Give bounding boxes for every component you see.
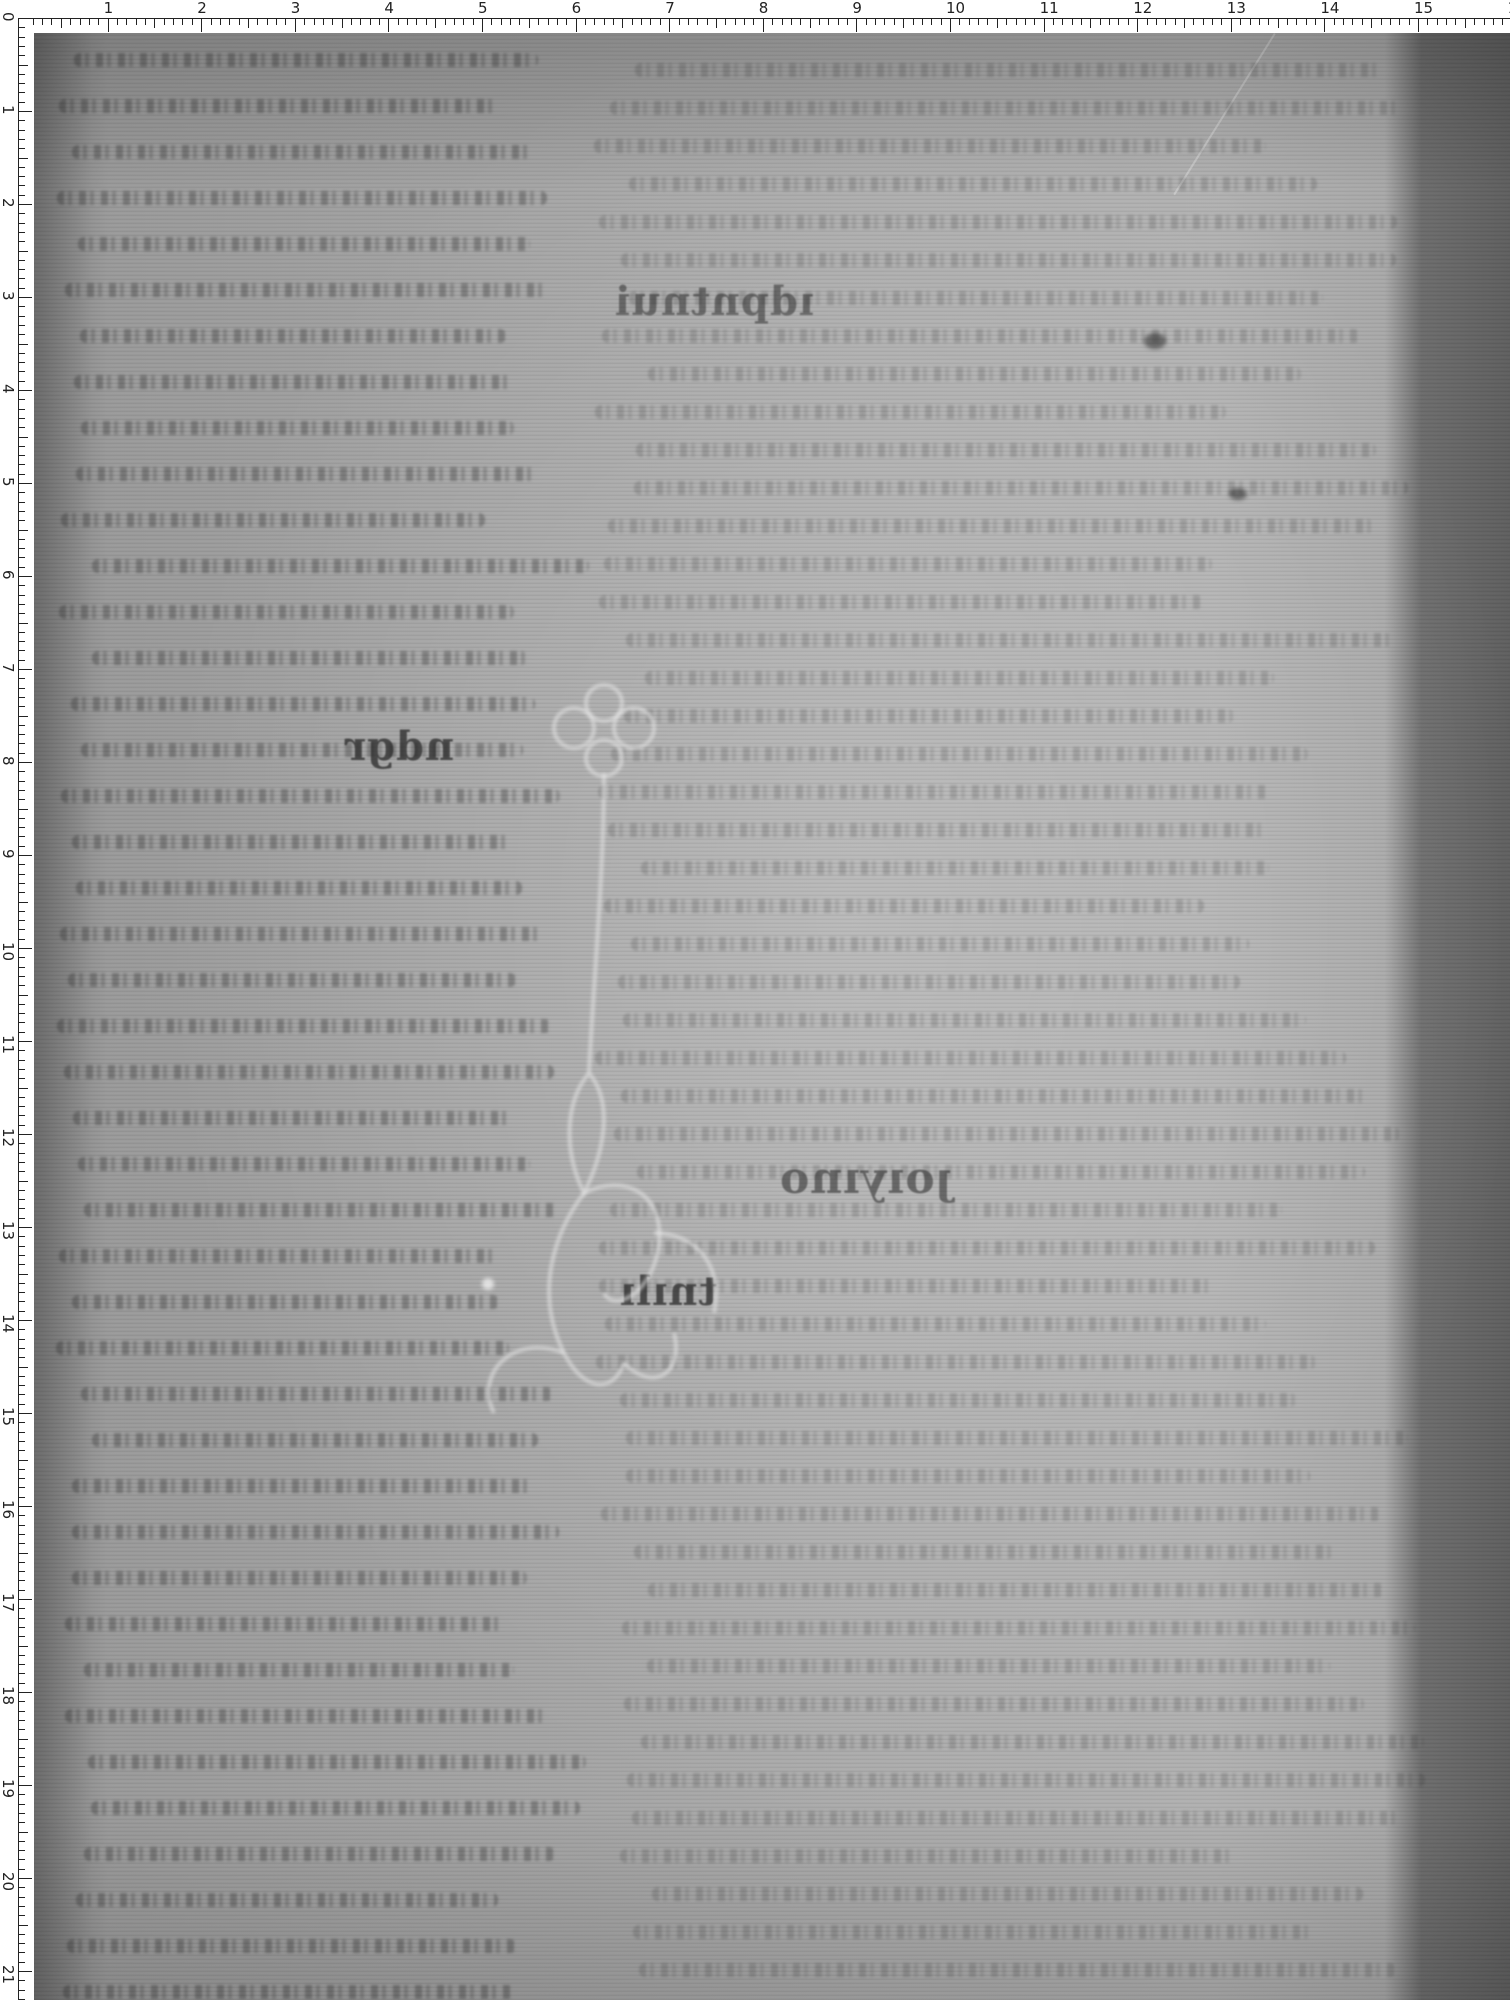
manuscript-page: ndgr ıdpntnui tnılı ȷoıyıno xyxy=(34,33,1510,2000)
ruler-tick xyxy=(566,18,567,25)
ruler-tick xyxy=(18,1748,25,1749)
ruler-tick xyxy=(18,1385,25,1386)
ruler-tick xyxy=(1006,18,1007,25)
ruler-tick xyxy=(18,660,25,661)
ruler-tick xyxy=(1381,18,1382,25)
ruler-tick xyxy=(18,1422,25,1423)
ruler-tick xyxy=(18,167,25,168)
ruler-tick xyxy=(426,18,427,25)
ruler-tick xyxy=(220,18,221,25)
ruler-tick xyxy=(884,18,885,25)
script-line xyxy=(595,405,1226,419)
ruler-tick xyxy=(18,1460,28,1461)
ruler-top-label: 2 xyxy=(197,1,207,16)
script-line xyxy=(72,835,511,849)
ruler-tick xyxy=(18,1720,25,1721)
ruler-top-label: 3 xyxy=(291,1,301,16)
ruler-tick xyxy=(931,18,932,25)
ruler-tick xyxy=(108,18,109,32)
ruler-tick xyxy=(18,74,25,75)
ruler-tick xyxy=(18,1683,25,1684)
ruler-tick xyxy=(18,520,25,521)
ruler-tick xyxy=(641,18,642,25)
script-line xyxy=(624,1697,1365,1711)
script-line xyxy=(611,747,1309,761)
ruler-tick xyxy=(838,18,839,25)
script-line xyxy=(61,513,485,527)
ruler-tick xyxy=(1474,18,1475,25)
ruler-left-label: 12 xyxy=(0,1128,15,1147)
ruler-tick xyxy=(753,18,754,25)
ruler-tick xyxy=(18,1469,25,1470)
ruler-tick xyxy=(18,306,25,307)
ruler-tick xyxy=(1203,18,1204,25)
ruler-tick xyxy=(1156,18,1157,25)
ruler-tick xyxy=(18,1952,25,1953)
ruler-tick xyxy=(1465,18,1466,28)
ruler-tick xyxy=(18,130,25,131)
ruler-tick xyxy=(18,706,25,707)
ruler-tick xyxy=(18,1673,25,1674)
ruler-tick xyxy=(18,1060,25,1061)
ruler-tick xyxy=(18,1822,25,1823)
ruler-tick xyxy=(18,1497,25,1498)
ruler-tick xyxy=(903,18,904,28)
ruler-tick xyxy=(18,1664,25,1665)
ruler-tick xyxy=(18,1692,32,1693)
ruler-tick xyxy=(18,716,28,717)
ruler-tick xyxy=(18,892,25,893)
ruler-tick xyxy=(51,18,52,25)
ruler-tick xyxy=(18,1441,25,1442)
script-line xyxy=(599,1241,1375,1255)
ruler-tick xyxy=(1016,18,1017,25)
ruler-tick xyxy=(454,18,455,25)
ruler-tick xyxy=(1100,18,1101,25)
script-line xyxy=(65,283,548,297)
ruler-tick xyxy=(18,1329,25,1330)
ruler-tick xyxy=(1493,18,1494,25)
fleur-de-lis-watermark xyxy=(454,673,774,1473)
ruler-tick xyxy=(18,1813,25,1814)
ruler-tick xyxy=(18,1450,25,1451)
ruler-tick xyxy=(342,18,343,28)
script-line xyxy=(68,973,516,987)
ruler-tick xyxy=(18,474,25,475)
ruler-tick xyxy=(18,1646,28,1647)
ruler-tick xyxy=(18,1432,25,1433)
ruler-tick xyxy=(136,18,137,25)
ruler-tick xyxy=(1231,18,1232,32)
ruler-left-label: 21 xyxy=(0,1965,15,1984)
ruler-tick xyxy=(18,427,25,428)
script-line xyxy=(88,1755,585,1769)
ruler-tick xyxy=(18,158,28,159)
ruler-tick xyxy=(1072,18,1073,25)
ruler-tick xyxy=(18,213,25,214)
ruler-tick xyxy=(1409,18,1410,25)
ruler-tick xyxy=(18,1339,25,1340)
ruler-tick xyxy=(744,18,745,25)
ruler-tick xyxy=(18,1357,25,1358)
ruler-tick xyxy=(18,1032,25,1033)
ink-blot xyxy=(1229,488,1247,500)
ruler-top-label: 5 xyxy=(478,1,488,16)
ruler-tick xyxy=(18,846,25,847)
ruler-tick xyxy=(351,18,352,25)
ruler-tick xyxy=(18,1143,25,1144)
ruler-tick xyxy=(18,725,25,726)
ruler-tick xyxy=(18,344,28,345)
script-line xyxy=(610,1203,1282,1217)
script-line xyxy=(636,443,1376,457)
ruler-tick xyxy=(18,864,25,865)
ruler-tick xyxy=(763,18,764,32)
ruler-tick xyxy=(18,799,25,800)
ruler-left-label: 6 xyxy=(0,570,15,580)
script-line xyxy=(72,1479,532,1493)
ruler-tick xyxy=(519,18,520,25)
ruler-tick xyxy=(18,1785,32,1786)
ruler-tick xyxy=(18,334,25,335)
script-line xyxy=(84,1663,515,1677)
ruler-tick xyxy=(613,18,614,25)
ruler-tick xyxy=(18,1050,25,1051)
ruler-tick xyxy=(18,1283,25,1284)
ruler-tick xyxy=(18,1088,28,1089)
ruler-tick xyxy=(1109,18,1110,25)
ruler-tick xyxy=(18,1525,25,1526)
ruler-tick xyxy=(1212,18,1213,25)
ruler-tick xyxy=(18,1757,25,1758)
ruler-left-label: 1 xyxy=(0,105,15,115)
ruler-tick xyxy=(18,1897,25,1898)
ruler-tick xyxy=(435,18,436,28)
script-line xyxy=(92,559,590,573)
ruler-tick xyxy=(18,920,25,921)
ruler-tick xyxy=(1025,18,1026,25)
ruler-tick xyxy=(18,55,25,56)
ruler-tick xyxy=(1296,18,1297,25)
ruler-tick xyxy=(33,18,34,25)
ruler-tick xyxy=(894,18,895,25)
ruler-tick xyxy=(18,1236,25,1237)
ruler-tick xyxy=(18,1106,25,1107)
script-line xyxy=(614,1127,1400,1141)
ruler-tick xyxy=(80,18,81,25)
ruler-tick xyxy=(18,1627,25,1628)
ruler-tick xyxy=(18,1413,32,1414)
ruler-tick xyxy=(828,18,829,25)
ruler-tick xyxy=(18,669,32,670)
ruler-tick xyxy=(1193,18,1194,25)
ruler-tick xyxy=(491,18,492,25)
script-line xyxy=(599,1279,1213,1293)
script-line xyxy=(63,1985,514,1999)
ruler-tick xyxy=(18,995,28,996)
ruler-tick xyxy=(18,1274,28,1275)
ruler-tick xyxy=(18,381,25,382)
ruler-left-label: 14 xyxy=(0,1314,15,1333)
script-line xyxy=(635,63,1382,77)
ruler-tick xyxy=(1240,18,1241,25)
ruler-tick xyxy=(18,325,25,326)
ruler-tick xyxy=(257,18,258,25)
script-line xyxy=(604,557,1211,571)
script-line xyxy=(604,899,1204,913)
ruler-tick xyxy=(1306,18,1307,25)
script-line xyxy=(634,1545,1334,1559)
ruler-tick xyxy=(18,753,25,754)
ruler-tick xyxy=(248,18,249,28)
ruler-tick xyxy=(1128,18,1129,25)
ruler-tick xyxy=(18,1608,25,1609)
ruler-tick xyxy=(18,1655,25,1656)
ruler-tick xyxy=(18,1850,25,1851)
ruler-tick xyxy=(18,353,25,354)
ruler-tick xyxy=(669,18,670,32)
ruler-tick xyxy=(18,818,25,819)
ruler-tick xyxy=(688,18,689,25)
ruler-tick xyxy=(18,1181,28,1182)
ruler-tick xyxy=(18,297,32,298)
ruler-left-label: 9 xyxy=(0,849,15,859)
ruler-tick xyxy=(18,46,25,47)
ruler-tick xyxy=(18,957,25,958)
ruler-tick xyxy=(18,883,25,884)
ruler-tick xyxy=(18,1794,25,1795)
ruler-left-label: 4 xyxy=(0,384,15,394)
ruler-tick xyxy=(70,18,71,25)
ruler-tick xyxy=(1147,18,1148,25)
ruler-tick xyxy=(482,18,483,32)
script-line xyxy=(81,421,514,435)
ruler-tick xyxy=(18,316,25,317)
ruler-tick xyxy=(379,18,380,25)
ruler-tick xyxy=(18,1115,25,1116)
ruler-tick xyxy=(18,734,25,735)
script-line xyxy=(621,1089,1369,1103)
ruler-top-label: 8 xyxy=(759,1,769,16)
script-line xyxy=(602,329,1361,343)
ruler-left: 0123456789101112131415161718192021 xyxy=(0,0,28,2000)
ruler-tick xyxy=(18,1562,25,1563)
script-line xyxy=(626,1469,1310,1483)
script-line xyxy=(620,1849,1235,1863)
script-line xyxy=(59,605,515,619)
ruler-tick xyxy=(18,1534,25,1535)
ruler-tick xyxy=(1034,18,1035,25)
ruler-tick xyxy=(18,743,25,744)
ruler-tick xyxy=(557,18,558,25)
ruler-tick xyxy=(782,18,783,25)
ruler-tick xyxy=(501,18,502,25)
ruler-tick xyxy=(922,18,923,25)
ruler-tick xyxy=(18,1478,25,1479)
ruler-tick xyxy=(707,18,708,25)
script-line xyxy=(641,1735,1424,1749)
ruler-tick xyxy=(1259,18,1260,25)
ruler-tick xyxy=(18,1543,25,1544)
ruler-tick xyxy=(697,18,698,25)
ruler-tick xyxy=(18,1162,25,1163)
script-line xyxy=(618,975,1240,989)
ruler-tick xyxy=(18,1320,32,1321)
script-line xyxy=(626,1431,1407,1445)
ruler-tick xyxy=(42,18,43,25)
script-line xyxy=(605,1317,1266,1331)
ruler-tick xyxy=(18,223,25,224)
heading-mark-left: ndgr xyxy=(344,723,454,770)
ruler-tick xyxy=(18,641,25,642)
ruler-tick xyxy=(1418,18,1419,32)
ruler-tick xyxy=(987,18,988,25)
ruler-tick xyxy=(18,1906,25,1907)
ruler-tick xyxy=(18,18,32,19)
ruler-tick xyxy=(18,688,25,689)
ruler-tick xyxy=(1081,18,1082,25)
ruler-tick xyxy=(1437,18,1438,25)
ruler-left-label: 7 xyxy=(0,663,15,673)
ruler-tick xyxy=(463,18,464,25)
ruler-tick xyxy=(473,18,474,25)
script-line xyxy=(623,1013,1306,1027)
ruler-tick xyxy=(18,1171,25,1172)
ruler-left-label: 18 xyxy=(0,1686,15,1705)
script-line xyxy=(56,1341,509,1355)
ruler-tick xyxy=(18,371,25,372)
ruler-tick xyxy=(416,18,417,25)
ruler-tick xyxy=(18,1701,25,1702)
script-line xyxy=(595,1051,1346,1065)
ruler-tick xyxy=(18,1618,25,1619)
ruler-tick xyxy=(969,18,970,25)
ruler-tick xyxy=(211,18,212,25)
ruler-tick xyxy=(18,1208,25,1209)
ruler-tick xyxy=(725,18,726,25)
ruler-tick xyxy=(1053,18,1054,25)
ruler-tick xyxy=(18,446,25,447)
script-line xyxy=(598,785,1269,799)
ruler-tick xyxy=(1287,18,1288,25)
script-line xyxy=(64,1065,555,1079)
script-line xyxy=(81,1387,553,1401)
ruler-tick xyxy=(18,809,28,810)
ruler-tick xyxy=(360,18,361,25)
script-line xyxy=(81,743,523,757)
script-line xyxy=(648,367,1301,381)
ruler-tick xyxy=(735,18,736,25)
ruler-tick xyxy=(791,18,792,25)
ruler-tick xyxy=(18,1832,28,1833)
ruler-left-label: 16 xyxy=(0,1500,15,1519)
ruler-tick xyxy=(1484,18,1485,25)
ruler-tick xyxy=(1175,18,1176,25)
ruler-tick xyxy=(716,18,717,28)
ruler-tick xyxy=(388,18,389,32)
ruler-left-label: 3 xyxy=(0,291,15,301)
ruler-tick xyxy=(1221,18,1222,25)
script-line xyxy=(608,823,1267,837)
ruler-tick xyxy=(192,18,193,25)
ruler-tick xyxy=(18,1292,25,1293)
script-line xyxy=(631,937,1248,951)
script-line xyxy=(60,927,542,941)
script-line xyxy=(72,145,533,159)
ruler-tick xyxy=(18,1515,25,1516)
ruler-tick xyxy=(650,18,651,25)
ruler-tick xyxy=(18,251,28,252)
script-line xyxy=(626,633,1392,647)
ruler-tick xyxy=(18,511,25,512)
ruler-tick xyxy=(1184,18,1185,28)
ruler-left-label: 19 xyxy=(0,1779,15,1798)
ruler-tick xyxy=(585,18,586,25)
ruler-tick xyxy=(18,874,25,875)
ruler-tick xyxy=(18,836,25,837)
script-line xyxy=(61,789,560,803)
ruler-tick xyxy=(89,18,90,25)
ruler-tick xyxy=(1250,18,1251,25)
ruler-tick xyxy=(18,241,25,242)
ruler-tick xyxy=(18,185,25,186)
ruler-tick xyxy=(18,278,25,279)
ruler-tick xyxy=(604,18,605,25)
ruler-tick xyxy=(18,1097,25,1098)
ruler-tick xyxy=(18,557,25,558)
ruler-left-label: 13 xyxy=(0,1221,15,1240)
ruler-tick xyxy=(529,18,530,28)
script-line xyxy=(65,1709,546,1723)
script-line xyxy=(641,861,1268,875)
ruler-tick xyxy=(1268,18,1269,25)
script-line xyxy=(599,595,1203,609)
ruler-left-label: 15 xyxy=(0,1407,15,1426)
script-line xyxy=(72,1525,559,1539)
ruler-tick xyxy=(117,18,118,25)
ruler-tick xyxy=(18,1739,28,1740)
ruler-tick xyxy=(18,269,25,270)
ruler-tick xyxy=(18,37,25,38)
ruler-tick xyxy=(18,362,25,363)
ruler-tick xyxy=(18,1394,25,1395)
ruler-tick xyxy=(164,18,165,25)
ruler-tick xyxy=(18,576,32,577)
ruler-left-label: 8 xyxy=(0,756,15,766)
ruler-tick xyxy=(18,967,25,968)
ruler-tick xyxy=(18,1971,32,1972)
ruler-tick xyxy=(18,1925,28,1926)
ruler-tick xyxy=(18,492,25,493)
ruler-tick xyxy=(594,18,595,25)
ruler-left-label: 17 xyxy=(0,1593,15,1612)
heading-mark-lower-right: ȷoıyıno xyxy=(779,1153,952,1204)
ruler-tick xyxy=(941,18,942,25)
ruler-tick xyxy=(18,65,28,66)
ruler-tick xyxy=(18,762,32,763)
script-line xyxy=(67,1939,516,1953)
ruler-tick xyxy=(18,1990,25,1991)
ruler-tick xyxy=(173,18,174,25)
ruler-tick xyxy=(18,567,25,568)
ruler-left-label: 5 xyxy=(0,477,15,487)
script-line xyxy=(80,329,506,343)
ruler-tick xyxy=(18,1553,28,1554)
ruler-tick xyxy=(510,18,511,25)
ruler-tick xyxy=(276,18,277,25)
ruler-tick xyxy=(1324,18,1325,32)
ruler-tick xyxy=(407,18,408,25)
